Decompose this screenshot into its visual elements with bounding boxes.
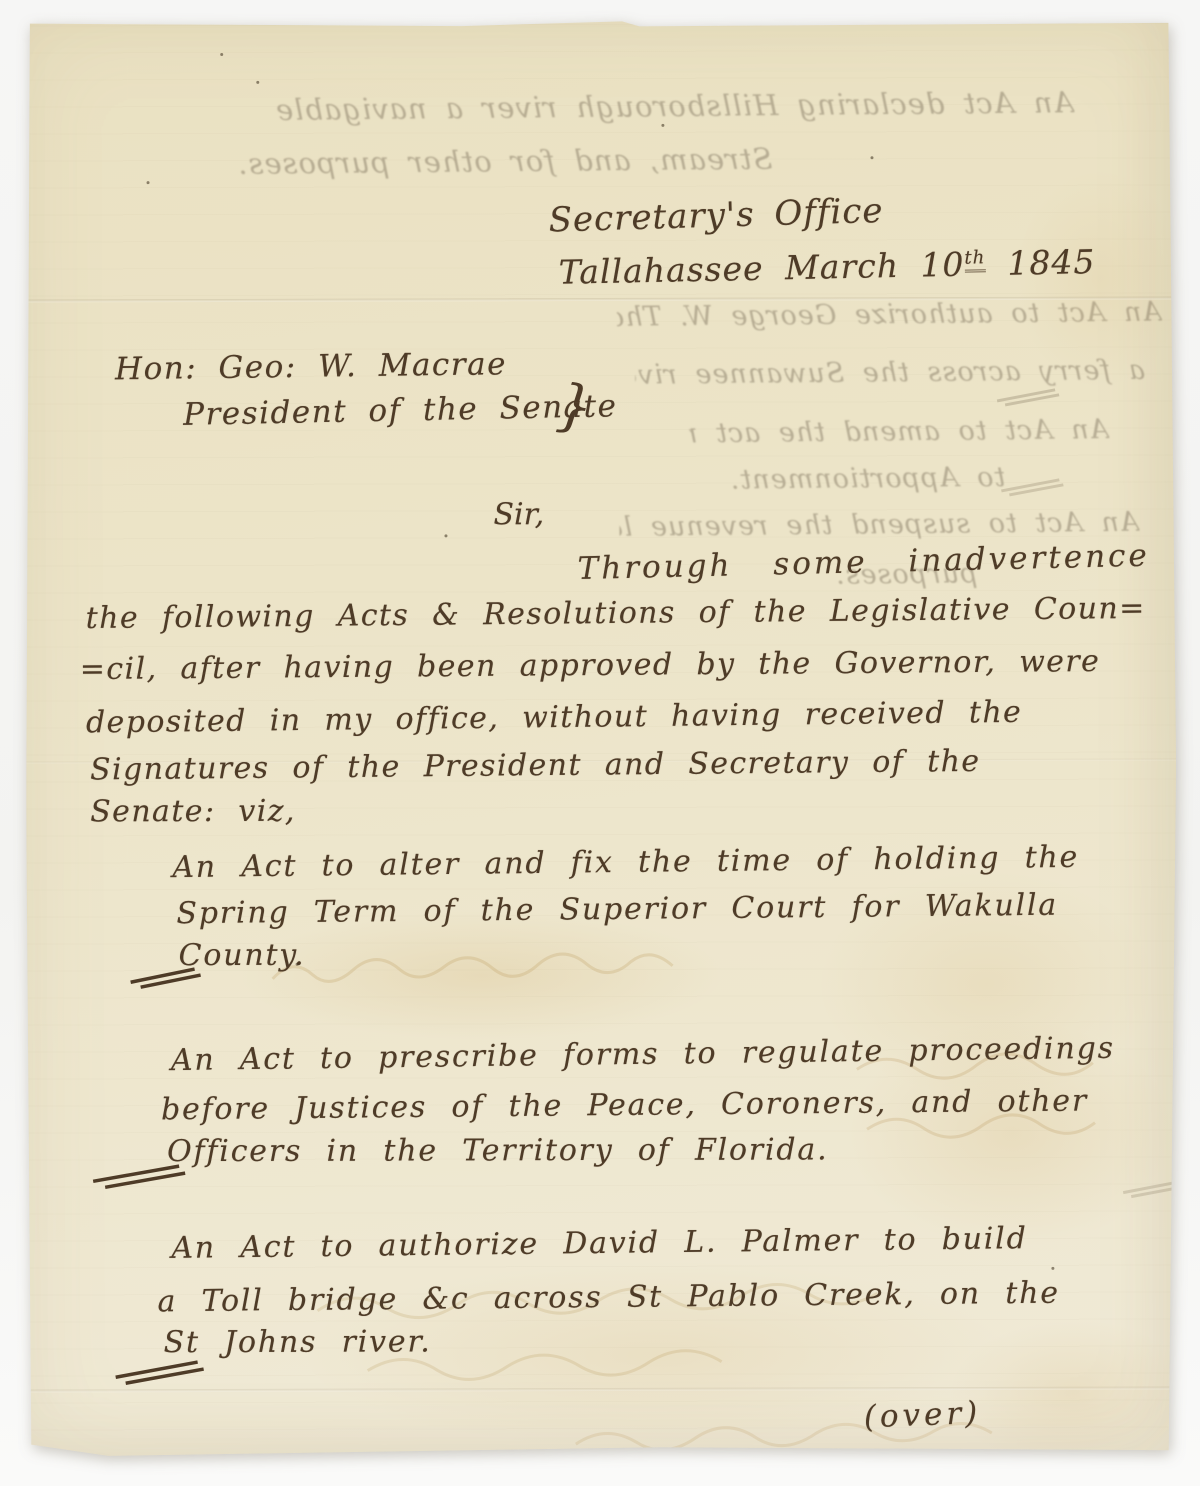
bleed-through-line: An Act to suspend the revenue laws for t… <box>619 507 1139 543</box>
bleed-through-separator-mark <box>1119 1176 1189 1198</box>
bleed-through-smudge <box>267 938 697 1009</box>
letter-page-wrap: An Act declaring Hillsborough river a na… <box>26 20 1176 1456</box>
ink-speck <box>444 534 447 537</box>
document-scan: An Act declaring Hillsborough river a na… <box>0 0 1200 1486</box>
recipient-name: Hon: Geo: W. Macrae <box>115 346 507 387</box>
ink-speck <box>220 53 223 56</box>
recipient-title: President of the Senate <box>183 388 618 433</box>
office-heading: Secretary's Office <box>548 191 884 241</box>
separator-mark <box>87 1161 191 1191</box>
salutation: Sir, <box>493 497 544 532</box>
ink-speck <box>1051 1267 1054 1270</box>
body-line: Senate: viz, <box>90 794 296 830</box>
bleed-through-line: An Act to authorize George W. Thompson t… <box>617 297 1162 333</box>
act-line: St Johns river. <box>164 1324 432 1360</box>
bleed-through-line: An Act declaring Hillsborough river a na… <box>64 85 1074 129</box>
act-line: Officers in the Territory of Florida. <box>167 1132 828 1169</box>
dateline-year: 1845 <box>1007 242 1096 283</box>
letter-page: An Act declaring Hillsborough river a na… <box>24 18 1178 1457</box>
recipient-brace: } <box>553 372 596 441</box>
body-line: the following Acts & Resolutions of the … <box>86 591 1146 636</box>
over-note: (over) <box>863 1395 982 1435</box>
bleed-through-separator-mark <box>997 475 1067 497</box>
opening-phrase: Through some inadvertence <box>577 538 1150 587</box>
act-line: Spring Term of the Superior Court for Wa… <box>176 888 1058 931</box>
ink-speck <box>870 156 873 159</box>
act-line: An Act to alter and fix the time of hold… <box>172 840 1079 885</box>
bleed-through-separator-mark <box>993 385 1063 407</box>
dateline: Tallahassee March 10th1845 <box>558 242 1095 292</box>
act-line: An Act to authorize David L. Palmer to b… <box>171 1221 1028 1266</box>
bleed-through-line: to Apportionment. <box>705 462 1005 496</box>
ink-speck <box>147 181 150 184</box>
ink-speck <box>661 124 664 127</box>
separator-mark <box>127 964 205 990</box>
body-line: deposited in my office, without having r… <box>86 695 1023 741</box>
ink-speck <box>256 81 259 84</box>
separator-mark <box>110 1357 210 1387</box>
bleed-through-line: Stream, and for other purposes. <box>224 142 772 181</box>
bleed-through-line: a ferry across the Suwannee river <box>635 355 1145 391</box>
body-line: Signatures of the President and Secretar… <box>90 744 981 788</box>
dateline-place-date: Tallahassee March 10 <box>558 245 964 292</box>
body-line: =cil, after having been approved by the … <box>80 644 1101 687</box>
date-ordinal: th <box>964 247 985 272</box>
bleed-through-line: An Act to amend the act relating <box>689 414 1109 449</box>
